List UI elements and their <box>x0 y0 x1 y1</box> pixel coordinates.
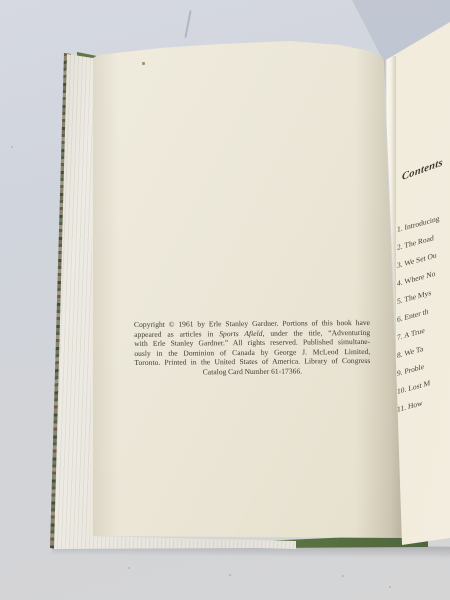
copyright-notice: Copyright © 1961 by Erle Stanley Gardner… <box>134 318 370 377</box>
book-photo-scene: Copyright © 1961 by Erle Stanley Gardner… <box>0 0 450 600</box>
contents-list: 1. Introducing 2. The Road 3. We Set Ou … <box>397 197 450 419</box>
book-title-italic: Sports Afield <box>219 328 262 337</box>
surface-speck <box>128 567 130 569</box>
surface-speck <box>11 146 13 148</box>
page-foxing-speck <box>142 62 145 65</box>
surface-speck <box>342 575 344 577</box>
page-inner-shade <box>93 44 119 536</box>
surface-speck <box>229 574 231 576</box>
copyright-line-segment: appeared as articles in <box>134 329 219 339</box>
contents-heading: Contents <box>402 157 443 183</box>
copyright-line-segment: , under the title, “Adventuring <box>263 327 371 337</box>
surface-speck <box>389 586 391 588</box>
